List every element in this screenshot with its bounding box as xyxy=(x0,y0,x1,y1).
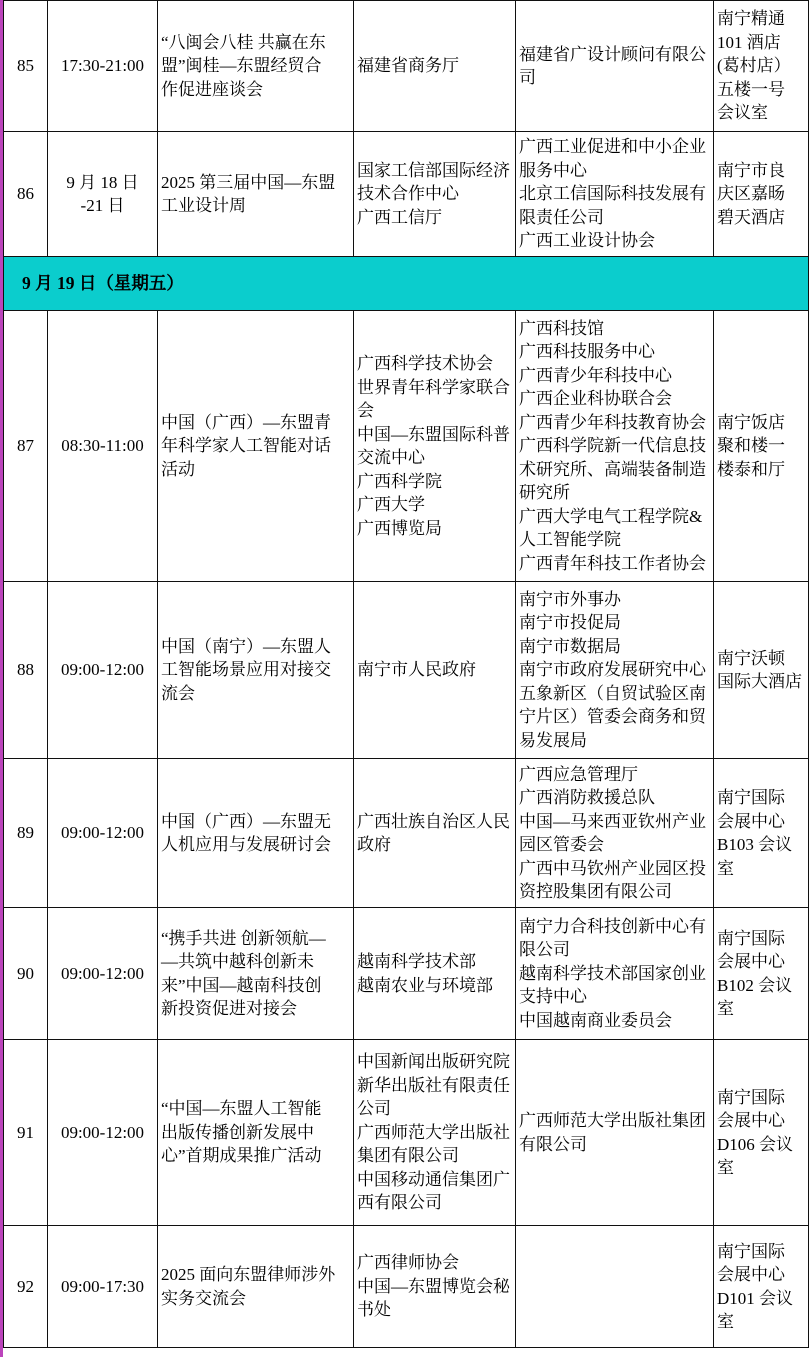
venue-cell: 南宁国际 会展中心 B102 会议室 xyxy=(714,908,809,1040)
organizer-cell: 广西壮族自治区人民政府 xyxy=(354,759,516,908)
time-cell: 9 月 18 日 -21 日 xyxy=(48,132,158,257)
time-cell: 09:00-12:00 xyxy=(48,1040,158,1226)
venue-cell: 南宁国际 会展中心 D106 会议 室 xyxy=(714,1040,809,1226)
table-row: 85 17:30-21:00 “八闽会八桂 共赢在东 盟”闽桂—东盟经贸合 作促… xyxy=(4,1,809,132)
table-row: 89 09:00-12:00 中国（广西）—东盟无 人机应用与发展研讨会 广西壮… xyxy=(4,759,809,908)
organizer-cell: 国家工信部国际经济技术合作中心 广西工信厅 xyxy=(354,132,516,257)
venue-cell: 南宁精通 101 酒店 (葛村店） 五楼一号 会议室 xyxy=(714,1,809,132)
date-section-header: 9 月 19 日（星期五） xyxy=(4,257,809,311)
event-name-cell: “携手共进 创新领航— —共筑中越科创新未 来”中国—越南科技创 新投资促进对接… xyxy=(158,908,354,1040)
row-number-cell: 90 xyxy=(4,908,48,1040)
organizer-cell: 广西科学技术协会 世界青年科学家联合会 中国—东盟国际科普交流中心 广西科学院 … xyxy=(354,311,516,582)
co-organizer-cell: 广西科技馆 广西科技服务中心 广西青少年科技中心 广西企业科协联合会 广西青少年… xyxy=(516,311,714,582)
table-row: 90 09:00-12:00 “携手共进 创新领航— —共筑中越科创新未 来”中… xyxy=(4,908,809,1040)
co-organizer-cell: 南宁市外事办 南宁市投促局 南宁市数据局 南宁市政府发展研究中心 五象新区（自贸… xyxy=(516,582,714,759)
time-cell: 09:00-12:00 xyxy=(48,908,158,1040)
row-number-cell: 92 xyxy=(4,1226,48,1348)
event-schedule-table: 85 17:30-21:00 “八闽会八桂 共赢在东 盟”闽桂—东盟经贸合 作促… xyxy=(3,0,809,1348)
event-name-cell: 2025 第三届中国—东盟 工业设计周 xyxy=(158,132,354,257)
organizer-cell: 广西律师协会 中国—东盟博览会秘书处 xyxy=(354,1226,516,1348)
time-cell: 09:00-12:00 xyxy=(48,582,158,759)
organizer-cell: 福建省商务厅 xyxy=(354,1,516,132)
row-number-cell: 89 xyxy=(4,759,48,908)
venue-cell: 南宁饭店 聚和楼一 楼泰和厅 xyxy=(714,311,809,582)
event-name-cell: 2025 面向东盟律师涉外 实务交流会 xyxy=(158,1226,354,1348)
time-cell: 08:30-11:00 xyxy=(48,311,158,582)
time-cell: 17:30-21:00 xyxy=(48,1,158,132)
row-number-cell: 88 xyxy=(4,582,48,759)
co-organizer-cell xyxy=(516,1226,714,1348)
time-cell: 09:00-12:00 xyxy=(48,759,158,908)
table-row: 88 09:00-12:00 中国（南宁）—东盟人 工智能场景应用对接交 流会 … xyxy=(4,582,809,759)
row-number-cell: 86 xyxy=(4,132,48,257)
co-organizer-cell: 广西师范大学出版社集团有限公司 xyxy=(516,1040,714,1226)
organizer-cell: 南宁市人民政府 xyxy=(354,582,516,759)
co-organizer-cell: 福建省广设计顾问有限公司 xyxy=(516,1,714,132)
row-number-cell: 87 xyxy=(4,311,48,582)
row-number-cell: 85 xyxy=(4,1,48,132)
co-organizer-cell: 广西工业促进和中小企业服务中心 北京工信国际科技发展有限责任公司 广西工业设计协… xyxy=(516,132,714,257)
organizer-cell: 中国新闻出版研究院 新华出版社有限责任公司 广西师范大学出版社集团有限公司 中国… xyxy=(354,1040,516,1226)
venue-cell: 南宁市良 庆区嘉旸 碧天酒店 xyxy=(714,132,809,257)
organizer-cell: 越南科学技术部 越南农业与环境部 xyxy=(354,908,516,1040)
co-organizer-cell: 广西应急管理厅 广西消防救援总队 中国—马来西亚钦州产业园区管委会 广西中马钦州… xyxy=(516,759,714,908)
event-name-cell: “中国—东盟人工智能 出版传播创新发展中 心”首期成果推广活动 xyxy=(158,1040,354,1226)
event-name-cell: 中国（广西）—东盟青 年科学家人工智能对话 活动 xyxy=(158,311,354,582)
table-row: 92 09:00-17:30 2025 面向东盟律师涉外 实务交流会 广西律师协… xyxy=(4,1226,809,1348)
date-section-label: 9 月 19 日（星期五） xyxy=(4,257,809,311)
schedule-sheet: 85 17:30-21:00 “八闽会八桂 共赢在东 盟”闽桂—东盟经贸合 作促… xyxy=(3,0,809,1348)
table-row: 87 08:30-11:00 中国（广西）—东盟青 年科学家人工智能对话 活动 … xyxy=(4,311,809,582)
venue-cell: 南宁国际 会展中心 D101 会议室 xyxy=(714,1226,809,1348)
co-organizer-cell: 南宁力合科技创新中心有限公司 越南科学技术部国家创业支持中心 中国越南商业委员会 xyxy=(516,908,714,1040)
time-cell: 09:00-17:30 xyxy=(48,1226,158,1348)
event-name-cell: 中国（广西）—东盟无 人机应用与发展研讨会 xyxy=(158,759,354,908)
event-name-cell: “八闽会八桂 共赢在东 盟”闽桂—东盟经贸合 作促进座谈会 xyxy=(158,1,354,132)
event-name-cell: 中国（南宁）—东盟人 工智能场景应用对接交 流会 xyxy=(158,582,354,759)
table-row: 91 09:00-12:00 “中国—东盟人工智能 出版传播创新发展中 心”首期… xyxy=(4,1040,809,1226)
venue-cell: 南宁国际 会展中心 B103 会议室 xyxy=(714,759,809,908)
venue-cell: 南宁沃顿 国际大酒店 xyxy=(714,582,809,759)
row-number-cell: 91 xyxy=(4,1040,48,1226)
table-row: 86 9 月 18 日 -21 日 2025 第三届中国—东盟 工业设计周 国家… xyxy=(4,132,809,257)
